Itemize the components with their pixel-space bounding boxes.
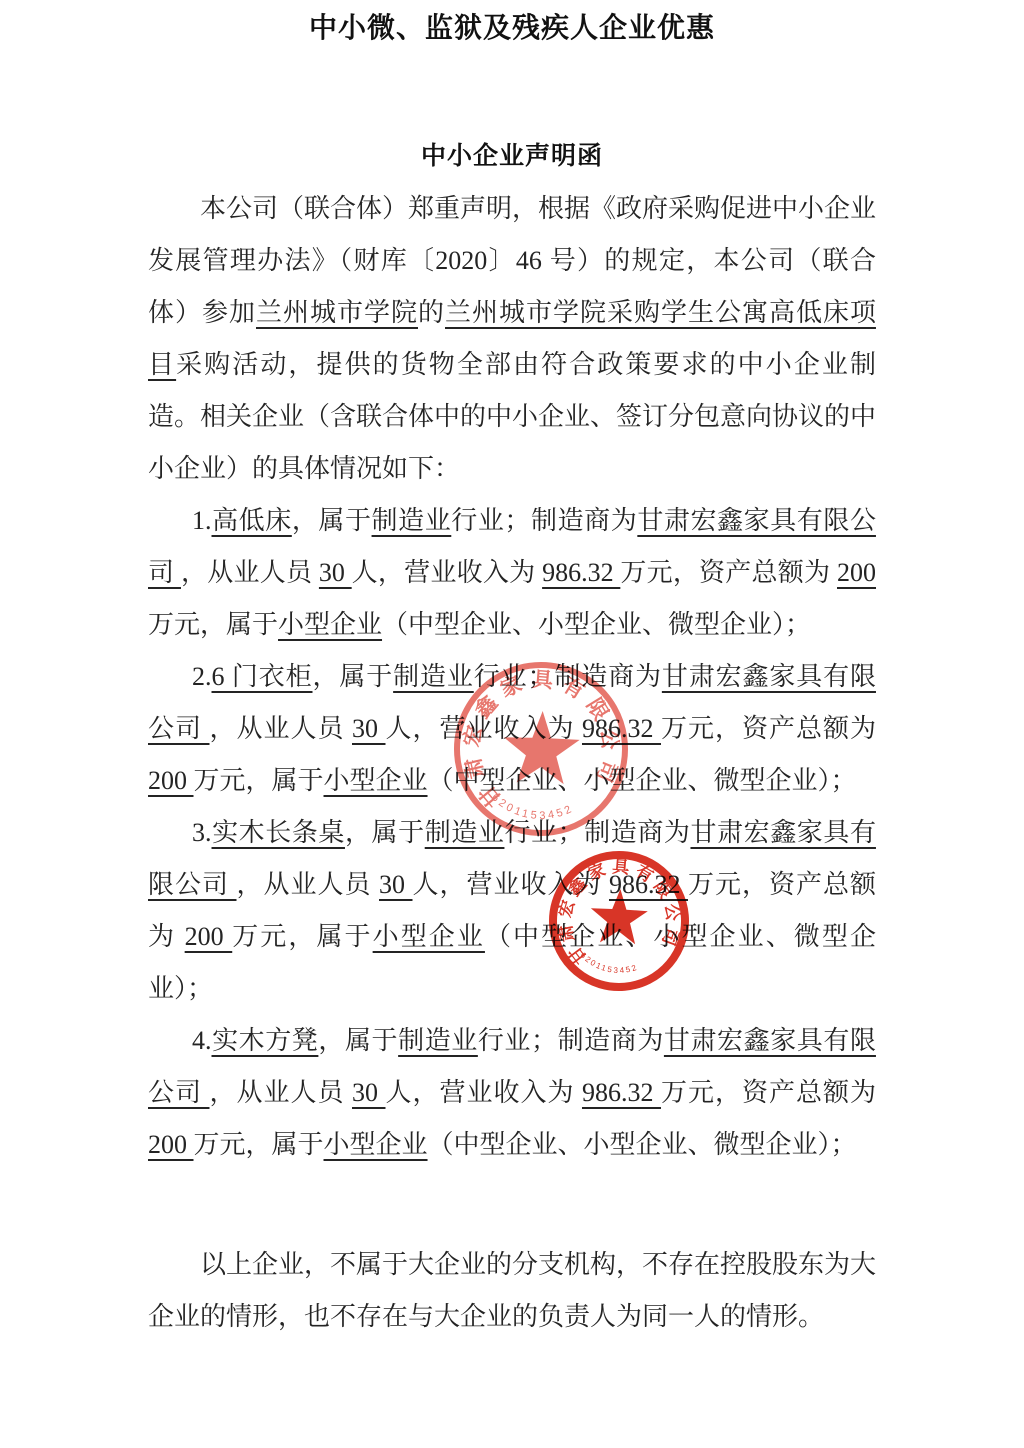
item-paragraph-2: 2.6 门衣柜，属于制造业行业；制造商为甘肃宏鑫家具有限公司 ，从业人员 30 … (148, 651, 876, 807)
underlined-value: 200 (185, 922, 233, 951)
document-page: 中小微、监狱及残疾人企业优惠 中小企业声明函 本公司（联合体）郑重声明，根据《政… (0, 0, 1024, 1448)
body-text-run: （中型企业、小型企业、微型企业）； (382, 610, 811, 639)
body-text-run: 行业；制造商为 (474, 662, 662, 691)
underlined-value: 986.32 (609, 870, 688, 899)
underlined-value: 200 (837, 558, 876, 587)
underlined-value: 兰州城市学院 (256, 298, 418, 327)
body-text-run: ，属于 (345, 818, 425, 847)
body-text-run: 行业；制造商为 (451, 506, 637, 535)
item-paragraph-1: 1.高低床，属于制造业行业；制造商为甘肃宏鑫家具有限公司 ，从业人员 30 人，… (148, 495, 876, 651)
body-text-run: 人，营业收入为 (413, 870, 609, 899)
underlined-value: 30 (379, 870, 413, 899)
body-text-run: 的 (418, 298, 445, 327)
underlined-value: 实木方凳 (212, 1026, 319, 1055)
body-text-run: 万元，属于 (194, 766, 324, 795)
underlined-value: 制造业 (393, 662, 474, 691)
body-text-run: 万元，资产总额为 (661, 1078, 876, 1107)
underlined-value: 小型企业 (278, 610, 382, 639)
body-text-run: 采购活动，提供的货物全部由符合政策要求的中小企业制造。相关企业（含联合体中的中小… (148, 350, 876, 483)
body-text-run: 2. (192, 662, 212, 691)
body-text-run: 万元，资产总额为 (620, 558, 837, 587)
underlined-value: 200 (148, 1130, 194, 1159)
body-text-run: 行业；制造商为 (478, 1026, 664, 1055)
underlined-value: 200 (148, 766, 194, 795)
closing-paragraph: 以上企业，不属于大企业的分支机构，不存在控股股东为大企业的情形，也不存在与大企业… (148, 1239, 876, 1343)
underlined-value: 制造业 (425, 818, 505, 847)
underlined-value: 小型企业 (324, 766, 428, 795)
underlined-value: 986.32 (582, 714, 661, 743)
underlined-value: 986.32 (542, 558, 620, 587)
body-text-run: 万元，资产总额为 (661, 714, 876, 743)
body-text-run: 3. (192, 818, 212, 847)
page-title: 中小微、监狱及残疾人企业优惠 (0, 6, 1024, 46)
underlined-value: 实木长条桌 (212, 818, 345, 847)
body-text-run: ，属于 (318, 1026, 398, 1055)
underlined-value: 30 (319, 558, 352, 587)
body-text-run: 1. (192, 506, 212, 535)
body-text-run: 万元，属于 (148, 610, 278, 639)
body-text-run: 人，营业收入为 (386, 1078, 582, 1107)
body-text-run: ，从业人员 (210, 714, 353, 743)
underlined-value: 制造业 (398, 1026, 478, 1055)
underlined-value: 小型企业 (373, 922, 485, 951)
underlined-value: 制造业 (372, 506, 452, 535)
body-text-run: 万元，属于 (194, 1130, 324, 1159)
body-text-run: ，属于 (292, 506, 372, 535)
body-text-run: 万元，属于 (232, 922, 372, 951)
item-paragraph-3: 3.实木长条桌，属于制造业行业；制造商为甘肃宏鑫家具有限公司 ，从业人员 30 … (148, 807, 876, 1015)
underlined-value: 6 门衣柜 (212, 662, 313, 691)
body-text-run: 行业；制造商为 (504, 818, 690, 847)
underlined-value: 高低床 (212, 506, 292, 535)
underlined-value: 986.32 (582, 1078, 661, 1107)
underlined-value: 30 (352, 1078, 386, 1107)
body-text-run: （中型企业、小型企业、微型企业）； (428, 766, 857, 795)
body-text-run: ，属于 (313, 662, 394, 691)
intro-paragraph: 本公司（联合体）郑重声明，根据《政府采购促进中小企业发展管理办法》（财库〔202… (148, 183, 876, 495)
body-text-run: ，从业人员 (237, 870, 380, 899)
item-paragraph-4: 4.实木方凳，属于制造业行业；制造商为甘肃宏鑫家具有限公司 ，从业人员 30 人… (148, 1015, 876, 1171)
body-text-run: 人，营业收入为 (352, 558, 542, 587)
underlined-value: 小型企业 (324, 1130, 428, 1159)
declaration-title: 中小企业声明函 (0, 136, 1024, 172)
body-text-run: （中型企业、小型企业、微型企业）； (428, 1130, 857, 1159)
body-text-run: ，从业人员 (181, 558, 319, 587)
underlined-value: 30 (352, 714, 386, 743)
body-text-run: ，从业人员 (210, 1078, 353, 1107)
body-text-run: 人，营业收入为 (386, 714, 582, 743)
body-text-run: 4. (192, 1026, 212, 1055)
document-body: 本公司（联合体）郑重声明，根据《政府采购促进中小企业发展管理办法》（财库〔202… (148, 183, 876, 1343)
